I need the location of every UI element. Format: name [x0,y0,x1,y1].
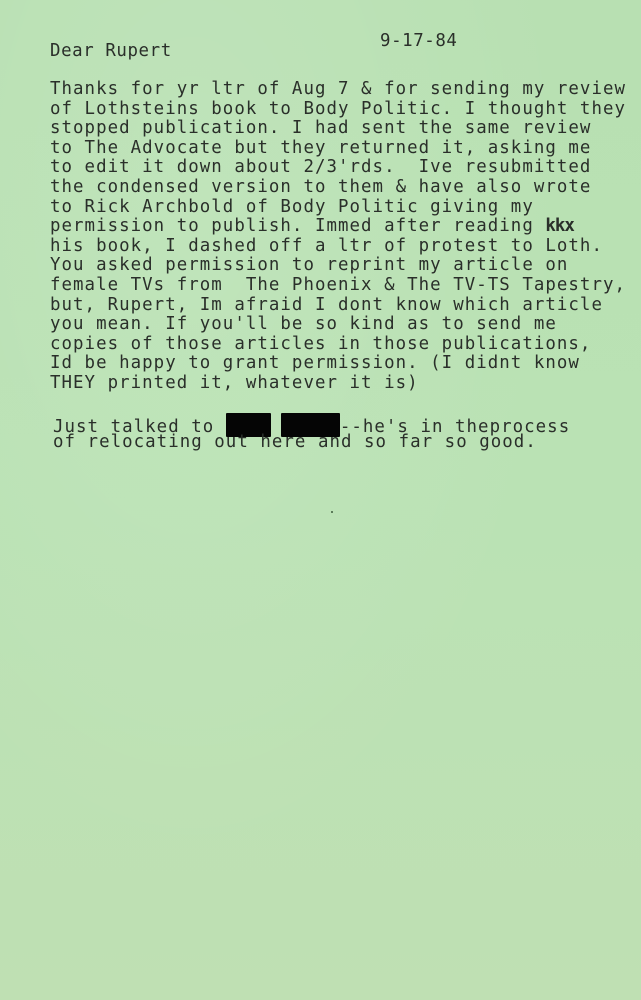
text-line-with-redactions: Just talked to --he's in theprocess [53,413,570,433]
body-paragraph-1: Thanks for yr ltr of Aug 7 & for sending… [50,80,626,394]
text-line: to Rick Archbold of Body Politic giving … [50,198,626,218]
text-line: Id be happy to grant permission. (I didn… [50,354,626,374]
struck-out-text: kkx [545,216,573,236]
salutation: Dear Rupert [50,41,172,61]
text-line: of Lothsteins book to Body Politic. I th… [50,100,626,120]
text-line: THEY printed it, whatever it is) [50,374,626,394]
text-line: You asked permission to reprint my artic… [50,256,626,276]
text-line: Thanks for yr ltr of Aug 7 & for sending… [50,80,626,100]
text-line: copies of those articles in those public… [50,335,626,355]
text-line: of relocating out here and so far so goo… [53,433,570,453]
text-line: you mean. If you'll be so kind as to sen… [50,315,626,335]
text-line: the condensed version to them & have als… [50,178,626,198]
text-line: his book, I dashed off a ltr of protest … [50,237,626,257]
paper-speck [331,511,333,513]
text-line: to edit it down about 2/3'rds. Ive resub… [50,158,626,178]
body-paragraph-2: Just talked to --he's in theprocess of r… [53,413,570,452]
text-line-with-strikeover: permission to publish. Immed after readi… [50,217,626,237]
text-segment: permission to publish. Immed after readi… [50,216,545,236]
text-line: but, Rupert, Im afraid I dont know which… [50,296,626,316]
text-line: female TVs from The Phoenix & The TV-TS … [50,276,626,296]
text-line: stopped publication. I had sent the same… [50,119,626,139]
text-line: to The Advocate but they returned it, as… [50,139,626,159]
letter-date: 9-17-84 [380,31,458,51]
